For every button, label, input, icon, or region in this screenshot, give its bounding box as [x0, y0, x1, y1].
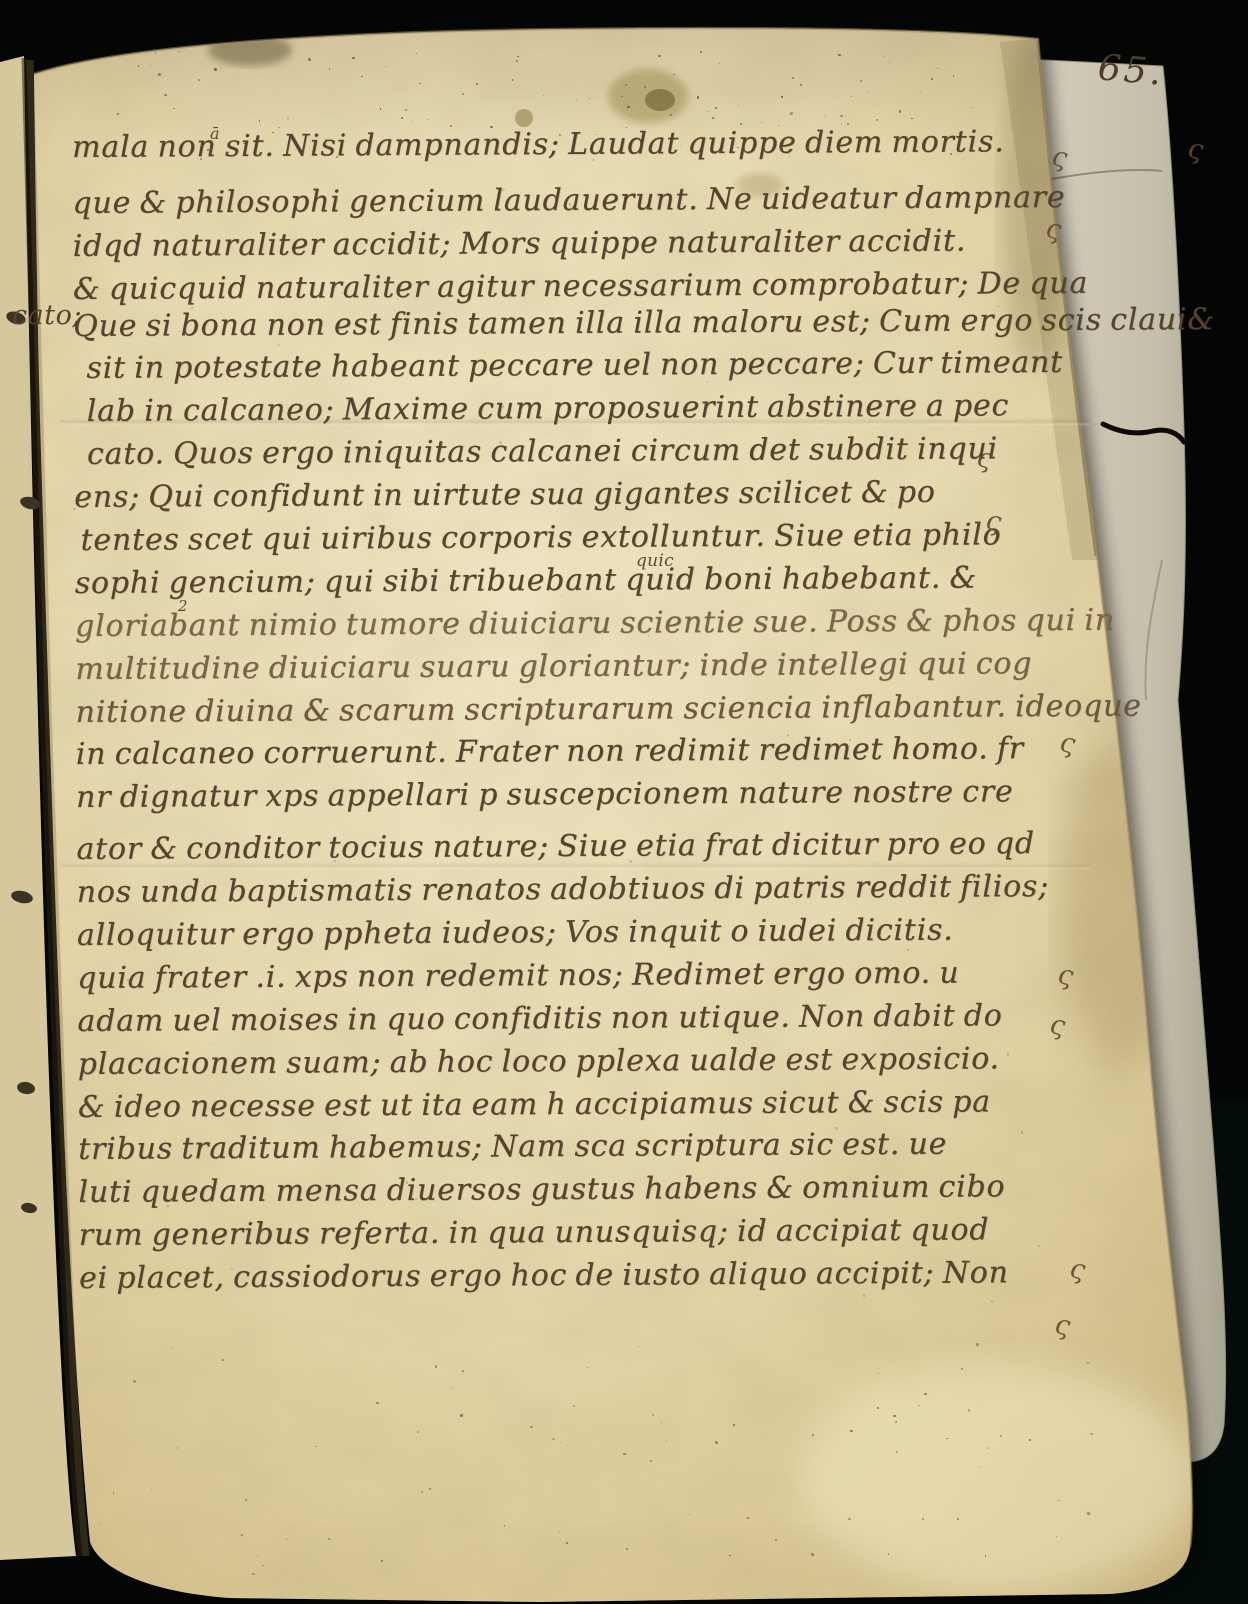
margin-note: cato;	[12, 300, 82, 331]
manuscript-line: que & philosophi gencium laudauerunt. Ne…	[72, 180, 1032, 229]
interlinear-correction: quic	[636, 551, 674, 571]
manuscript-line: in calcaneo corruerunt. Frater non redim…	[76, 732, 1036, 781]
manuscript-line: adam uel moises in quo confiditis non ut…	[77, 998, 1037, 1047]
stain-core	[645, 89, 675, 111]
manuscript-line: ens; Qui confidunt in uirtute sua gigant…	[74, 474, 1034, 523]
manuscript-line: nitione diuina & scarum scripturarum sci…	[75, 689, 1035, 738]
manuscript-line: nr dignatur xps appellari p suscepcionem…	[76, 774, 1036, 823]
manuscript-line: luti quedam mensa diuersos gustus habens…	[78, 1169, 1038, 1218]
manuscript-line: tribus traditum habemus; Nam sca scriptu…	[78, 1127, 1038, 1176]
manuscript-line: gloriabant nimio tumore diuiciaru scient…	[75, 603, 1035, 652]
manuscript-line: & ideo necesse est ut ita eam h accipiam…	[78, 1084, 1038, 1133]
manuscript-line: idqd naturaliter accidit; Mors quippe na…	[73, 223, 1033, 272]
manuscript-line: lab in calcaneo; Maxime cum proposuerint…	[74, 388, 1034, 437]
manuscript-photo: 65. cato; mala non sit. Nisi dampnandis;…	[0, 0, 1248, 1604]
manuscript-line: alloquitur ergo ppheta iudeos; Vos inqui…	[77, 912, 1037, 961]
manuscript-line: sit in potestate habeant peccare uel non…	[73, 346, 1033, 395]
manuscript-line: ei placet, cassiodorus ergo hoc de iusto…	[79, 1255, 1039, 1304]
interlinear-correction: ā	[210, 124, 220, 143]
page-number: 65.	[1096, 47, 1166, 94]
stain-small	[515, 109, 533, 127]
manuscript-line: Que si bona non est finis tamen illa ill…	[73, 303, 1033, 352]
manuscript-line: nos unda baptismatis renatos adobtiuos d…	[77, 869, 1037, 918]
manuscript-line: placacionem suam; ab hoc loco pplexa ual…	[78, 1041, 1038, 1090]
light-patch-bottom	[800, 1365, 1200, 1595]
manuscript-line: rum generibus referta. in qua unusquisq;…	[79, 1212, 1039, 1261]
interlinear-correction: 2	[178, 597, 188, 615]
text-block: mala non sit. Nisi dampnandis; Laudat qu…	[72, 124, 1039, 1304]
manuscript-line: cato. Quos ergo iniquitas calcanei circu…	[74, 431, 1034, 480]
manuscript-line: ator & conditor tocius nature; Siue etia…	[76, 826, 1036, 875]
manuscript-line: quia frater .i. xps non redemit nos; Red…	[77, 955, 1037, 1004]
manuscript-line: tentes scet qui uiribus corporis extollu…	[74, 517, 1034, 566]
manuscript-line: multitudine diuiciaru suaru gloriantur; …	[75, 646, 1035, 695]
manuscript-line: sophi gencium; qui sibi tribuebant quid …	[75, 560, 1035, 609]
